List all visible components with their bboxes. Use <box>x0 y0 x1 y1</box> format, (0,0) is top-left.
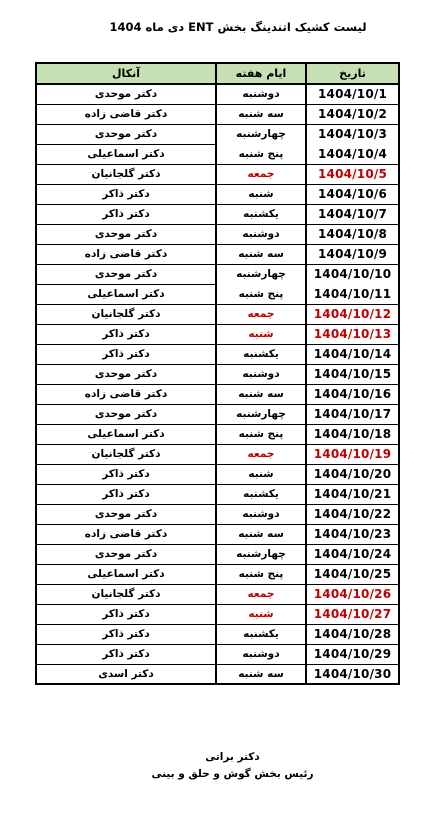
weekday-cell: دوشنبه <box>216 224 306 244</box>
weekday-cell: شنبه <box>216 604 306 624</box>
date-cell: 1404/10/20 <box>306 464 399 484</box>
weekday-cell: دوشنبه <box>216 364 306 384</box>
date-cell: 1404/10/15 <box>306 364 399 384</box>
weekday-cell: پنج شنبه <box>216 424 306 444</box>
table-row: 1404/10/4پنج شنبهدکتر اسماعیلی <box>36 144 399 164</box>
oncall-doctor-cell: دکتر موحدی <box>36 504 216 524</box>
date-cell: 1404/10/11 <box>306 284 399 304</box>
table-row: 1404/10/13شنبهدکتر ذاکر <box>36 324 399 344</box>
table-row: 1404/10/5جمعهدکتر گلجانیان <box>36 164 399 184</box>
table-row: 1404/10/3چهارشنبهدکتر موحدی <box>36 124 399 144</box>
table-row: 1404/10/12جمعهدکتر گلجانیان <box>36 304 399 324</box>
signature-name: دکتر براتی <box>40 751 425 763</box>
table-row: 1404/10/6شنبهدکتر ذاکر <box>36 184 399 204</box>
date-cell: 1404/10/26 <box>306 584 399 604</box>
weekday-cell: سه شنبه <box>216 384 306 404</box>
weekday-cell: سه شنبه <box>216 104 306 124</box>
oncall-doctor-cell: دکتر قاضی زاده <box>36 104 216 124</box>
table-row: 1404/10/23سه شنبهدکتر قاضی زاده <box>36 524 399 544</box>
weekday-cell: شنبه <box>216 184 306 204</box>
date-cell: 1404/10/5 <box>306 164 399 184</box>
weekday-cell: یکشنبه <box>216 204 306 224</box>
table-row: 1404/10/1دوشنبهدکتر موحدی <box>36 84 399 104</box>
oncall-doctor-cell: دکتر موحدی <box>36 224 216 244</box>
date-cell: 1404/10/9 <box>306 244 399 264</box>
oncall-doctor-cell: دکتر اسدی <box>36 664 216 684</box>
weekday-cell: دوشنبه <box>216 504 306 524</box>
date-cell: 1404/10/7 <box>306 204 399 224</box>
date-cell: 1404/10/14 <box>306 344 399 364</box>
table-row: 1404/10/16سه شنبهدکتر قاضی زاده <box>36 384 399 404</box>
table-row: 1404/10/29دوشنبهدکتر ذاکر <box>36 644 399 664</box>
date-cell: 1404/10/28 <box>306 624 399 644</box>
weekday-cell: سه شنبه <box>216 524 306 544</box>
table-row: 1404/10/20شنبهدکتر ذاکر <box>36 464 399 484</box>
date-cell: 1404/10/10 <box>306 264 399 284</box>
oncall-doctor-cell: دکتر موحدی <box>36 364 216 384</box>
table-row: 1404/10/24چهارشنبهدکتر موحدی <box>36 544 399 564</box>
oncall-schedule-table: تاریخ ایام هفته آنکال 1404/10/1دوشنبهدکت… <box>35 62 400 685</box>
table-row: 1404/10/14یکشنبهدکتر ذاکر <box>36 344 399 364</box>
weekday-cell: چهارشنبه <box>216 544 306 564</box>
oncall-doctor-cell: دکتر اسماعیلی <box>36 564 216 584</box>
oncall-doctor-cell: دکتر ذاکر <box>36 484 216 504</box>
weekday-cell: سه شنبه <box>216 244 306 264</box>
oncall-doctor-cell: دکتر گلجانیان <box>36 164 216 184</box>
date-cell: 1404/10/23 <box>306 524 399 544</box>
oncall-doctor-cell: دکتر ذاکر <box>36 644 216 664</box>
oncall-doctor-cell: دکتر گلجانیان <box>36 304 216 324</box>
weekday-cell: یکشنبه <box>216 484 306 504</box>
oncall-doctor-cell: دکتر ذاکر <box>36 324 216 344</box>
header-weekday: ایام هفته <box>216 63 306 84</box>
date-cell: 1404/10/25 <box>306 564 399 584</box>
table-row: 1404/10/28یکشنبهدکتر ذاکر <box>36 624 399 644</box>
oncall-doctor-cell: دکتر موحدی <box>36 84 216 104</box>
weekday-cell: جمعه <box>216 304 306 324</box>
date-cell: 1404/10/24 <box>306 544 399 564</box>
weekday-cell: جمعه <box>216 164 306 184</box>
weekday-cell: شنبه <box>216 464 306 484</box>
weekday-cell: چهارشنبه <box>216 404 306 424</box>
oncall-doctor-cell: دکتر اسماعیلی <box>36 144 216 164</box>
table-row: 1404/10/2سه شنبهدکتر قاضی زاده <box>36 104 399 124</box>
date-cell: 1404/10/3 <box>306 124 399 144</box>
weekday-cell: سه شنبه <box>216 664 306 684</box>
date-cell: 1404/10/21 <box>306 484 399 504</box>
weekday-cell: جمعه <box>216 444 306 464</box>
oncall-doctor-cell: دکتر موحدی <box>36 404 216 424</box>
table-row: 1404/10/7یکشنبهدکتر ذاکر <box>36 204 399 224</box>
oncall-doctor-cell: دکتر موحدی <box>36 124 216 144</box>
weekday-cell: یکشنبه <box>216 344 306 364</box>
table-row: 1404/10/9سه شنبهدکتر قاضی زاده <box>36 244 399 264</box>
signature-role: رئیس بخش گوش و حلق و بینی <box>40 768 425 780</box>
document-title: لیست کشیک اتندینگ بخش ENT دی ماه 1404 <box>58 20 418 34</box>
date-cell: 1404/10/2 <box>306 104 399 124</box>
weekday-cell: دوشنبه <box>216 84 306 104</box>
date-cell: 1404/10/6 <box>306 184 399 204</box>
oncall-doctor-cell: دکتر اسماعیلی <box>36 284 216 304</box>
oncall-doctor-cell: دکتر قاضی زاده <box>36 244 216 264</box>
oncall-doctor-cell: دکتر موحدی <box>36 544 216 564</box>
oncall-doctor-cell: دکتر گلجانیان <box>36 584 216 604</box>
date-cell: 1404/10/8 <box>306 224 399 244</box>
date-cell: 1404/10/13 <box>306 324 399 344</box>
oncall-doctor-cell: دکتر ذاکر <box>36 624 216 644</box>
weekday-cell: چهارشنبه <box>216 264 306 284</box>
date-cell: 1404/10/30 <box>306 664 399 684</box>
table-body: 1404/10/1دوشنبهدکتر موحدی1404/10/2سه شنب… <box>36 84 399 684</box>
weekday-cell: جمعه <box>216 584 306 604</box>
table-row: 1404/10/27شنبهدکتر ذاکر <box>36 604 399 624</box>
table-row: 1404/10/19جمعهدکتر گلجانیان <box>36 444 399 464</box>
date-cell: 1404/10/17 <box>306 404 399 424</box>
table-row: 1404/10/26جمعهدکتر گلجانیان <box>36 584 399 604</box>
weekday-cell: یکشنبه <box>216 624 306 644</box>
oncall-doctor-cell: دکتر موحدی <box>36 264 216 284</box>
document-page: لیست کشیک اتندینگ بخش ENT دی ماه 1404 تا… <box>0 0 426 813</box>
date-cell: 1404/10/19 <box>306 444 399 464</box>
oncall-doctor-cell: دکتر ذاکر <box>36 184 216 204</box>
oncall-doctor-cell: دکتر اسماعیلی <box>36 424 216 444</box>
header-date: تاریخ <box>306 63 399 84</box>
table-row: 1404/10/18پنج شنبهدکتر اسماعیلی <box>36 424 399 444</box>
date-cell: 1404/10/4 <box>306 144 399 164</box>
date-cell: 1404/10/18 <box>306 424 399 444</box>
oncall-doctor-cell: دکتر ذاکر <box>36 604 216 624</box>
date-cell: 1404/10/1 <box>306 84 399 104</box>
table-row: 1404/10/17چهارشنبهدکتر موحدی <box>36 404 399 424</box>
table-row: 1404/10/21یکشنبهدکتر ذاکر <box>36 484 399 504</box>
table-row: 1404/10/30سه شنبهدکتر اسدی <box>36 664 399 684</box>
oncall-doctor-cell: دکتر قاضی زاده <box>36 384 216 404</box>
weekday-cell: پنج شنبه <box>216 564 306 584</box>
header-oncall: آنکال <box>36 63 216 84</box>
weekday-cell: پنج شنبه <box>216 284 306 304</box>
table-row: 1404/10/22دوشنبهدکتر موحدی <box>36 504 399 524</box>
date-cell: 1404/10/12 <box>306 304 399 324</box>
table-row: 1404/10/10چهارشنبهدکتر موحدی <box>36 264 399 284</box>
table-row: 1404/10/11پنج شنبهدکتر اسماعیلی <box>36 284 399 304</box>
oncall-doctor-cell: دکتر ذاکر <box>36 344 216 364</box>
date-cell: 1404/10/16 <box>306 384 399 404</box>
signature-block: دکتر براتی رئیس بخش گوش و حلق و بینی <box>40 751 425 780</box>
weekday-cell: پنج شنبه <box>216 144 306 164</box>
date-cell: 1404/10/29 <box>306 644 399 664</box>
weekday-cell: چهارشنبه <box>216 124 306 144</box>
weekday-cell: دوشنبه <box>216 644 306 664</box>
oncall-doctor-cell: دکتر گلجانیان <box>36 444 216 464</box>
date-cell: 1404/10/22 <box>306 504 399 524</box>
weekday-cell: شنبه <box>216 324 306 344</box>
oncall-doctor-cell: دکتر ذاکر <box>36 204 216 224</box>
table-row: 1404/10/25پنج شنبهدکتر اسماعیلی <box>36 564 399 584</box>
table-header-row: تاریخ ایام هفته آنکال <box>36 63 399 84</box>
oncall-doctor-cell: دکتر ذاکر <box>36 464 216 484</box>
oncall-doctor-cell: دکتر قاضی زاده <box>36 524 216 544</box>
date-cell: 1404/10/27 <box>306 604 399 624</box>
table-row: 1404/10/15دوشنبهدکتر موحدی <box>36 364 399 384</box>
table-row: 1404/10/8دوشنبهدکتر موحدی <box>36 224 399 244</box>
